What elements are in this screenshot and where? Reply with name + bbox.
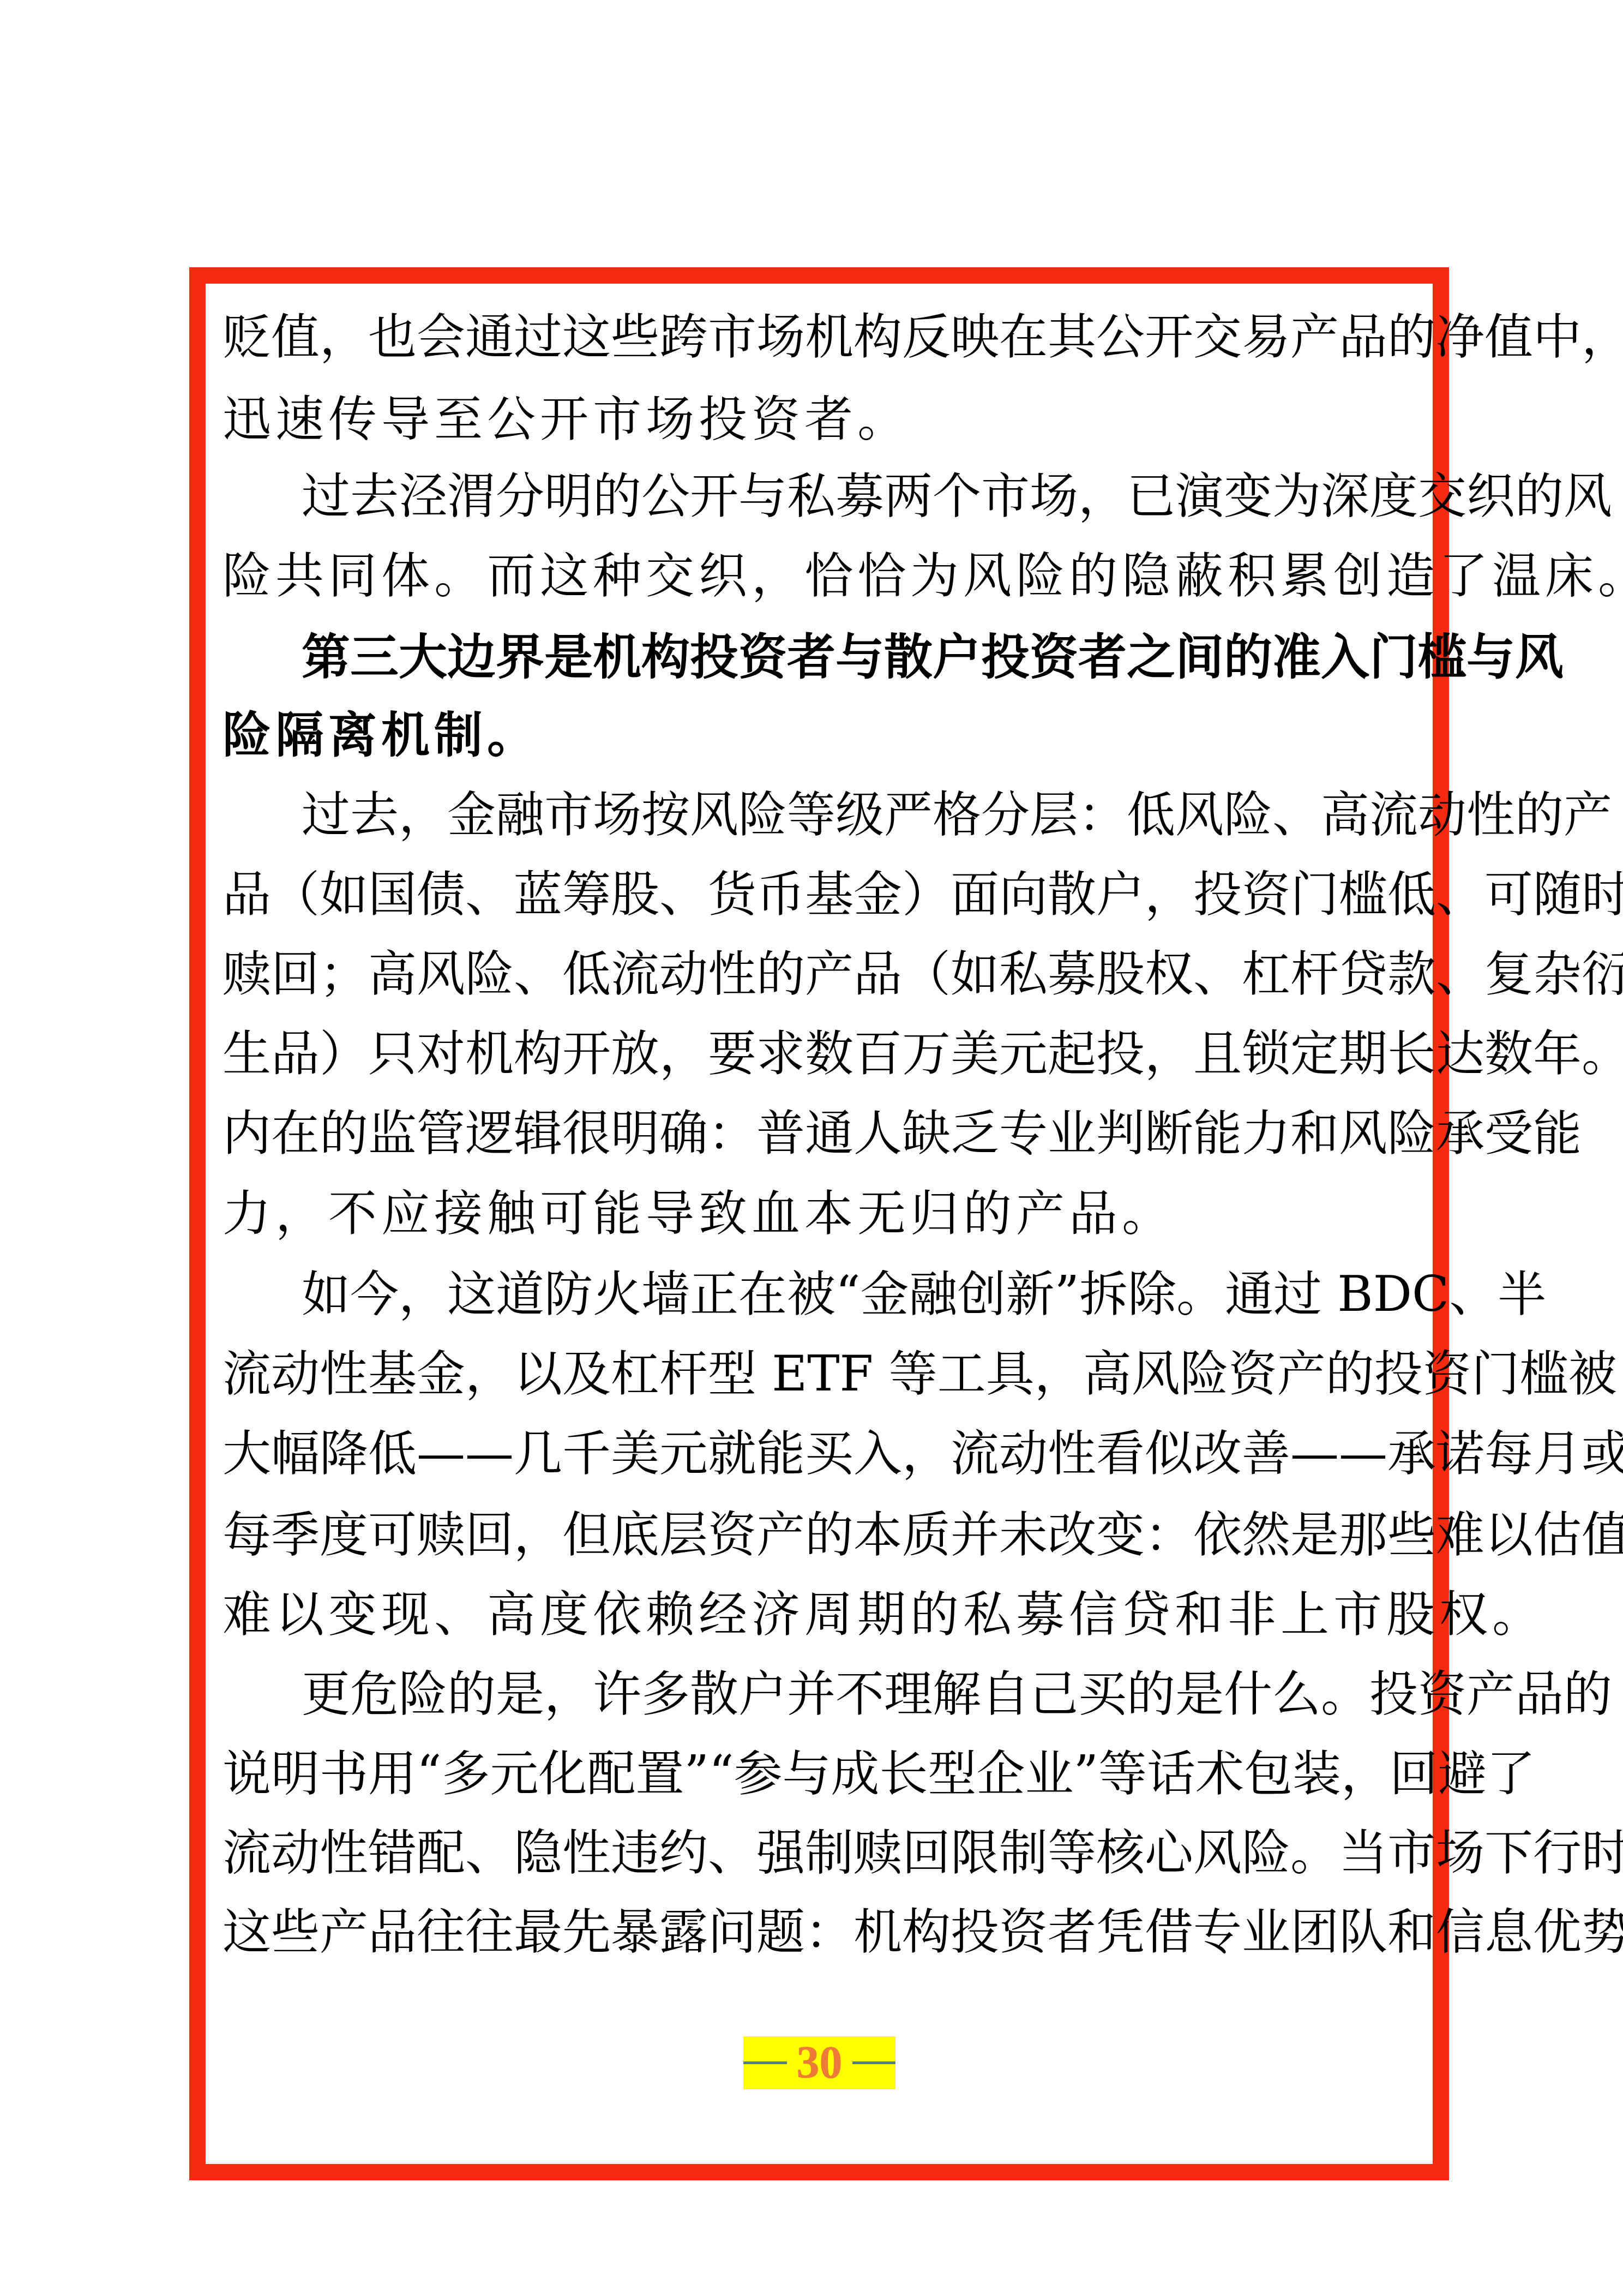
page-number: 30 [797, 2036, 843, 2089]
text-line: 过去，金融市场按风险等级严格分层：低风险、高流动性的产 [302, 775, 1414, 854]
dash-left-icon [743, 2061, 787, 2064]
text-line: 如今，这道防火墙正在被“金融创新”拆除。通过 BDC、半 [302, 1254, 1414, 1334]
text-line: 过去泾渭分明的公开与私募两个市场，已演变为深度交织的风 [302, 456, 1414, 536]
text-line: 流动性错配、隐性违约、强制赎回限制等核心风险。当市场下行时， [223, 1813, 1414, 1892]
text-line: 内在的监管逻辑很明确：普通人缺乏专业判断能力和风险承受能 [223, 1093, 1414, 1173]
section-heading-line: 第三大边界是机构投资者与散户投资者之间的准入门槛与风 [302, 617, 1414, 697]
text-line: 大幅降低——几千美元就能买入，流动性看似改善——承诺每月或 [223, 1413, 1414, 1493]
dash-right-icon [852, 2061, 896, 2064]
section-heading-line: 险隔离机制。 [223, 695, 1414, 775]
text-line: 难以变现、高度依赖经济周期的私募信贷和非上市股权。 [223, 1574, 1414, 1654]
text-line: 力，不应接触可能导致血本无归的产品。 [223, 1173, 1414, 1253]
page-number-badge: 30 [743, 2036, 895, 2089]
text-line: 贬值，也会通过这些跨市场机构反映在其公开交易产品的净值中， [223, 297, 1414, 376]
text-line: 每季度可赎回，但底层资产的本质并未改变：依然是那些难以估值、 [223, 1495, 1414, 1574]
text-line: 流动性基金，以及杠杆型 ETF 等工具，高风险资产的投资门槛被 [223, 1334, 1414, 1413]
text-line: 迅速传导至公开市场投资者。 [223, 379, 1414, 459]
text-line: 这些产品往往最先暴露问题：机构投资者凭借专业团队和信息优势 [223, 1892, 1414, 1971]
text-line: 说明书用“多元化配置”“参与成长型企业”等话术包装，回避了 [223, 1734, 1414, 1813]
text-line: 更危险的是，许多散户并不理解自己买的是什么。投资产品的 [302, 1654, 1414, 1734]
text-line: 生品）只对机构开放，要求数百万美元起投，且锁定期长达数年。 [223, 1014, 1414, 1093]
text-line: 险共同体。而这种交织，恰恰为风险的隐蔽积累创造了温床。 [223, 536, 1414, 615]
text-line: 品（如国债、蓝筹股、货币基金）面向散户，投资门槛低、可随时 [223, 854, 1414, 934]
text-line: 赎回；高风险、低流动性的产品（如私募股权、杠杆贷款、复杂衍 [223, 934, 1414, 1014]
